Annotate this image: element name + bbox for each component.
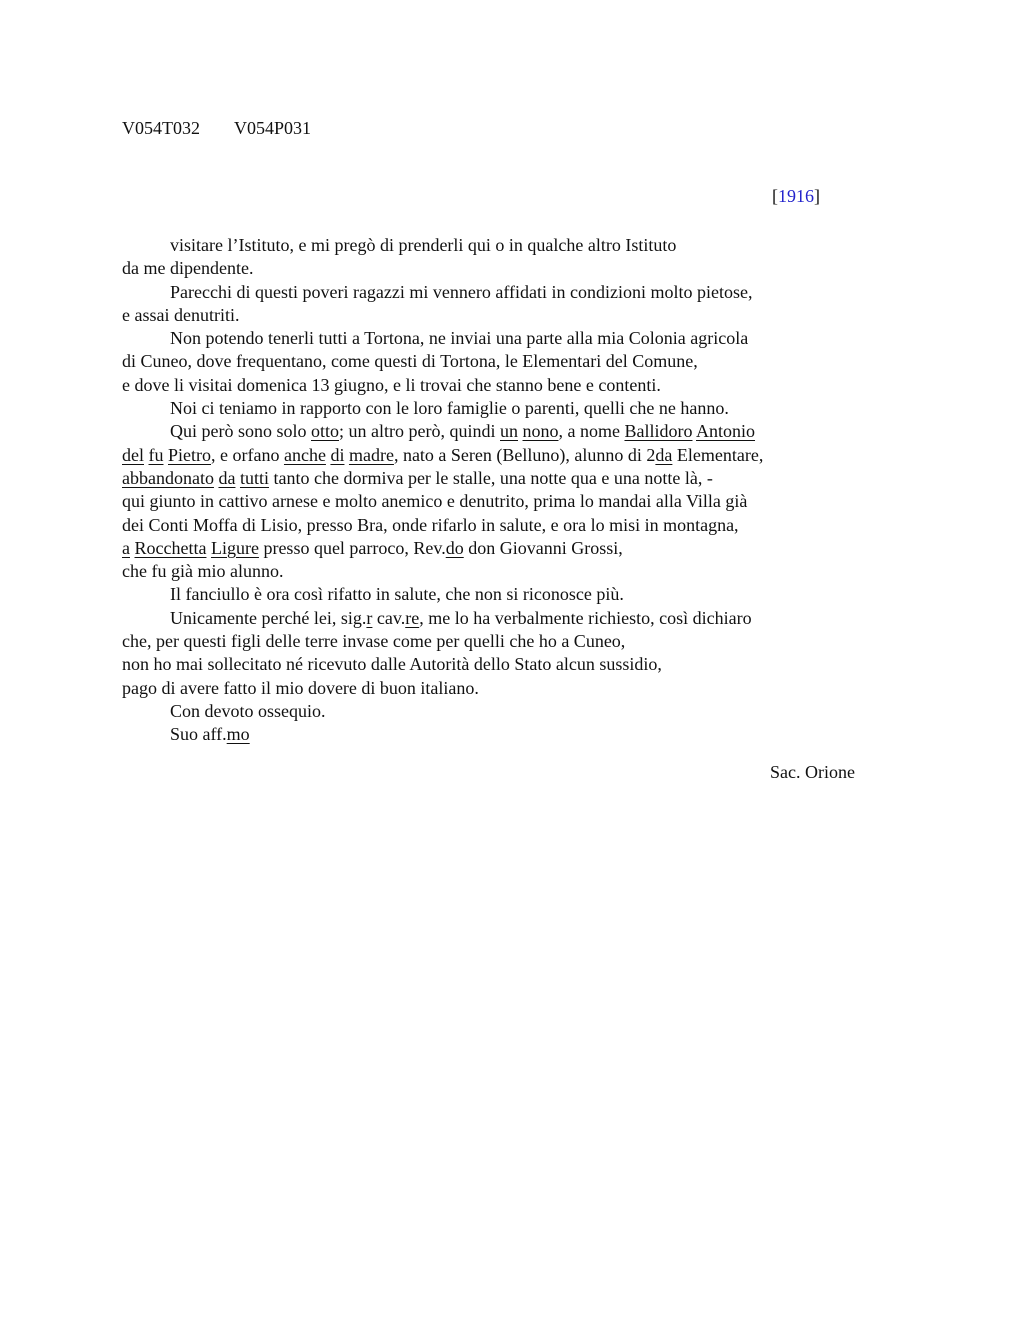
text-run: don Giovanni Grossi, xyxy=(464,538,623,558)
underlined-text: Pietro xyxy=(168,445,211,465)
text-run: pago di avere fatto il mio dovere di buo… xyxy=(122,678,479,698)
text-run: presso quel parroco, Rev. xyxy=(259,538,446,558)
letter-line: che, per questi figli delle terre invase… xyxy=(122,630,882,653)
underlined-text: a xyxy=(122,538,130,558)
underlined-text: da xyxy=(218,468,235,488)
letter-line: non ho mai sollecitato né ricevuto dalle… xyxy=(122,653,882,676)
underlined-text: mo xyxy=(227,724,250,744)
signature: Sac. Orione xyxy=(770,761,855,784)
letter-line: che fu già mio alunno. xyxy=(122,560,882,583)
text-run: non ho mai sollecitato né ricevuto dalle… xyxy=(122,654,662,674)
underlined-text: abbandonato xyxy=(122,468,214,488)
letter-line: e dove li visitai domenica 13 giugno, e … xyxy=(122,374,882,397)
text-run: Qui però sono solo xyxy=(170,421,311,441)
underlined-text: Ballidoro xyxy=(624,421,692,441)
text-run: Il fanciullo è ora così rifatto in salut… xyxy=(170,584,624,604)
letter-line: da me dipendente. xyxy=(122,257,882,280)
underlined-text: Rocchetta xyxy=(135,538,207,558)
text-run: tanto che dormiva per le stalle, una not… xyxy=(269,468,713,488)
underlined-text: da xyxy=(655,445,672,465)
underlined-text: Antonio xyxy=(696,421,755,441)
letter-line: qui giunto in cattivo arnese e molto ane… xyxy=(122,490,882,513)
text-run: dei Conti Moffa di Lisio, presso Bra, on… xyxy=(122,515,739,535)
letter-line: Il fanciullo è ora così rifatto in salut… xyxy=(122,583,882,606)
date-line: [1916] xyxy=(772,185,820,208)
underlined-text: re xyxy=(405,608,419,628)
text-run: Unicamente perché lei, sig. xyxy=(170,608,366,628)
letter-line: a Rocchetta Ligure presso quel parroco, … xyxy=(122,537,882,560)
text-run: di Cuneo, dove frequentano, come questi … xyxy=(122,351,698,371)
text-run: Noi ci teniamo in rapporto con le loro f… xyxy=(170,398,729,418)
text-run: e dove li visitai domenica 13 giugno, e … xyxy=(122,375,661,395)
text-run: , e orfano xyxy=(211,445,284,465)
text-run: da me dipendente. xyxy=(122,258,253,278)
letter-line: Parecchi di questi poveri ragazzi mi ven… xyxy=(122,281,882,304)
letter-line: dei Conti Moffa di Lisio, presso Bra, on… xyxy=(122,514,882,537)
underlined-text: di xyxy=(330,445,344,465)
letter-line: Qui però sono solo otto; un altro però, … xyxy=(122,420,882,443)
text-run: , nato a Seren (Belluno), alunno di 2 xyxy=(394,445,655,465)
letter-line: Con devoto ossequio. xyxy=(122,700,882,723)
text-run: visitare l’Istituto, e mi pregò di prend… xyxy=(170,235,676,255)
doc-code-right: V054P031 xyxy=(234,118,311,138)
text-run: cav. xyxy=(372,608,405,628)
text-run: , a nome xyxy=(559,421,625,441)
underlined-text: Ligure xyxy=(211,538,259,558)
letter-line: pago di avere fatto il mio dovere di buo… xyxy=(122,677,882,700)
text-run: qui giunto in cattivo arnese e molto ane… xyxy=(122,491,747,511)
text-run: Elementare, xyxy=(672,445,763,465)
letter-line: del fu Pietro, e orfano anche di madre, … xyxy=(122,444,882,467)
text-run: Non potendo tenerli tutti a Tortona, ne … xyxy=(170,328,748,348)
letter-line: e assai denutriti. xyxy=(122,304,882,327)
underlined-text: tutti xyxy=(240,468,269,488)
underlined-text: otto xyxy=(311,421,339,441)
letter-line: Suo aff.mo xyxy=(122,723,882,746)
letter-line: Unicamente perché lei, sig.r cav.re, me … xyxy=(122,607,882,630)
underlined-text: nono xyxy=(523,421,559,441)
text-run: Suo aff. xyxy=(170,724,227,744)
letter-line: Non potendo tenerli tutti a Tortona, ne … xyxy=(122,327,882,350)
text-run: che fu già mio alunno. xyxy=(122,561,283,581)
letter-body: visitare l’Istituto, e mi pregò di prend… xyxy=(122,234,882,747)
letter-line: Noi ci teniamo in rapporto con le loro f… xyxy=(122,397,882,420)
underlined-text: del xyxy=(122,445,144,465)
underlined-text: madre xyxy=(349,445,394,465)
text-run: Parecchi di questi poveri ragazzi mi ven… xyxy=(170,282,753,302)
text-run: che, per questi figli delle terre invase… xyxy=(122,631,625,651)
text-run: Con devoto ossequio. xyxy=(170,701,326,721)
date-year-link[interactable]: 1916 xyxy=(778,186,814,206)
letter-line: di Cuneo, dove frequentano, come questi … xyxy=(122,350,882,373)
underlined-text: do xyxy=(446,538,464,558)
underlined-text: anche xyxy=(284,445,326,465)
text-run: , me lo ha verbalmente richiesto, così d… xyxy=(419,608,751,628)
underlined-text: fu xyxy=(149,445,164,465)
letter-line: abbandonato da tutti tanto che dormiva p… xyxy=(122,467,882,490)
document-codes: V054T032V054P031 xyxy=(122,117,311,140)
text-run: e assai denutriti. xyxy=(122,305,239,325)
doc-code-left: V054T032 xyxy=(122,118,200,138)
date-bracket-close: ] xyxy=(814,186,820,206)
underlined-text: un xyxy=(500,421,518,441)
text-run: ; un altro però, quindi xyxy=(339,421,500,441)
letter-line: visitare l’Istituto, e mi pregò di prend… xyxy=(122,234,882,257)
